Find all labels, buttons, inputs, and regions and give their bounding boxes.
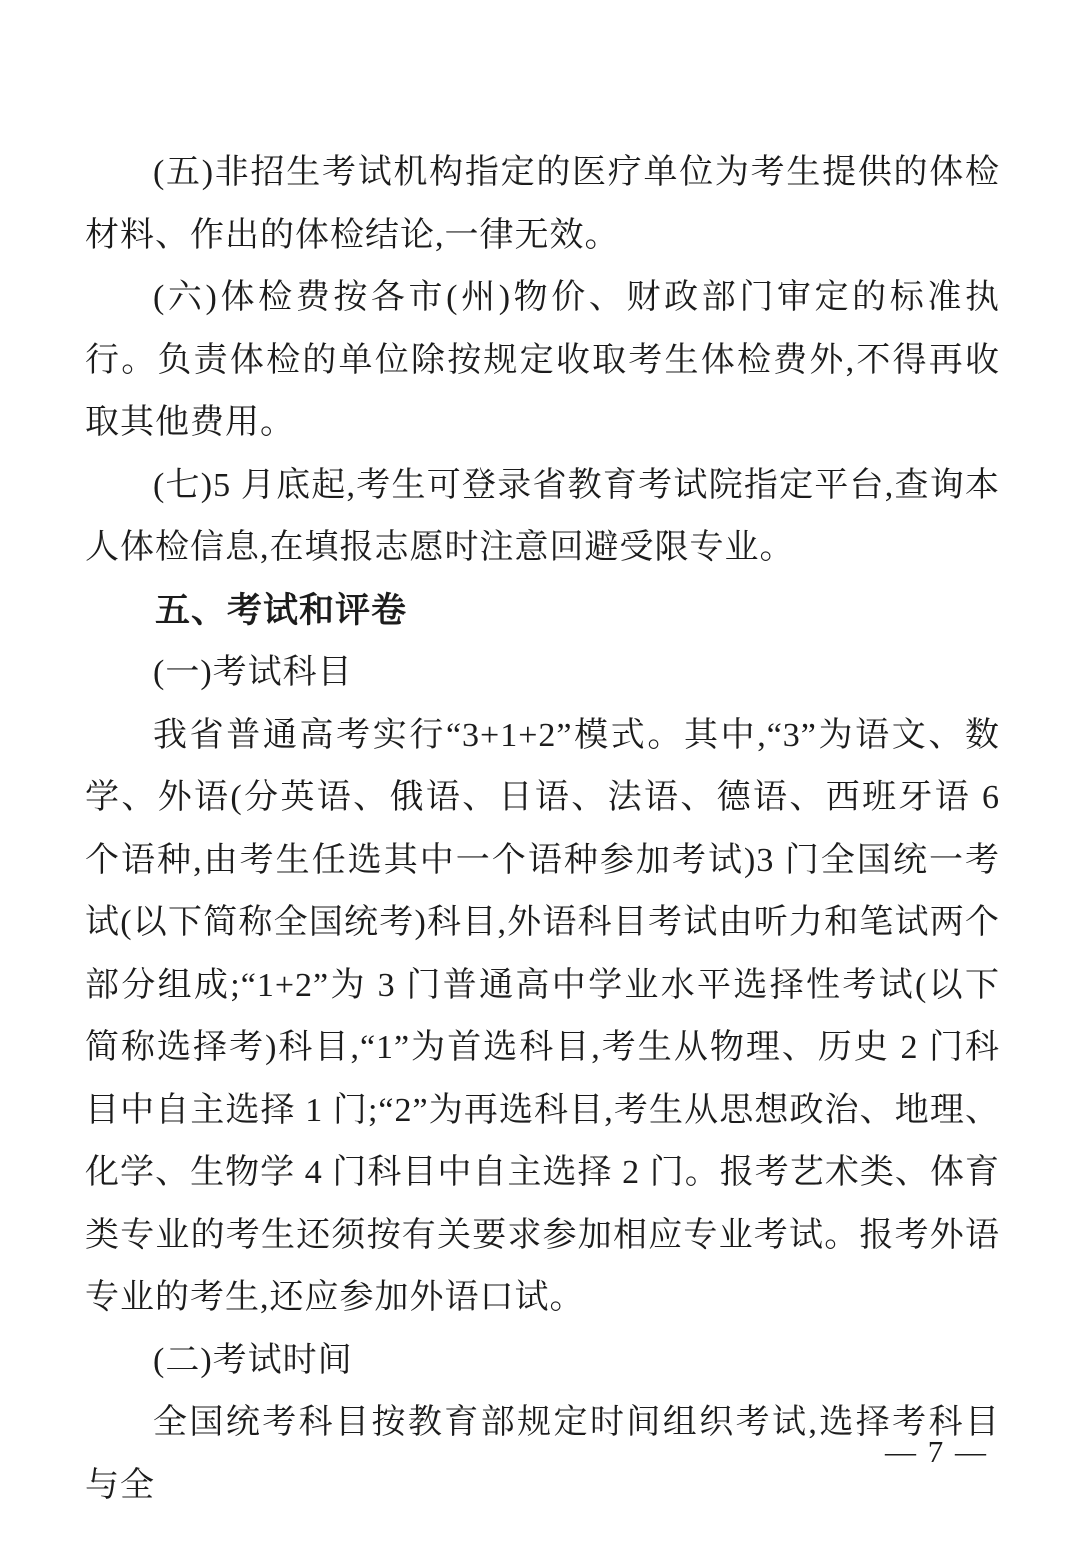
document-page: (五)非招生考试机构指定的医疗单位为考生提供的体检材料、作出的体检结论,一律无效… — [0, 0, 1080, 1556]
page-number: — 7 — — [885, 1432, 988, 1472]
sub-heading-exam-time: (二)考试时间 — [85, 1330, 1000, 1393]
paragraph-exam-subjects: 我省普通高考实行“3+1+2”模式。其中,“3”为语文、数学、外语(分英语、俄语… — [85, 705, 1000, 1330]
sub-heading-exam-subjects: (一)考试科目 — [85, 642, 1000, 705]
paragraph-item-6: (六)体检费按各市(州)物价、财政部门审定的标准执行。负责体检的单位除按规定收取… — [85, 267, 1000, 455]
paragraph-item-7: (七)5 月底起,考生可登录省教育考试院指定平台,查询本人体检信息,在填报志愿时… — [85, 455, 1000, 580]
section-heading-exam-and-grading: 五、考试和评卷 — [85, 580, 1000, 643]
paragraph-item-5: (五)非招生考试机构指定的医疗单位为考生提供的体检材料、作出的体检结论,一律无效… — [85, 142, 1000, 267]
paragraph-exam-time: 全国统考科目按教育部规定时间组织考试,选择考科目与全 — [85, 1392, 1000, 1517]
